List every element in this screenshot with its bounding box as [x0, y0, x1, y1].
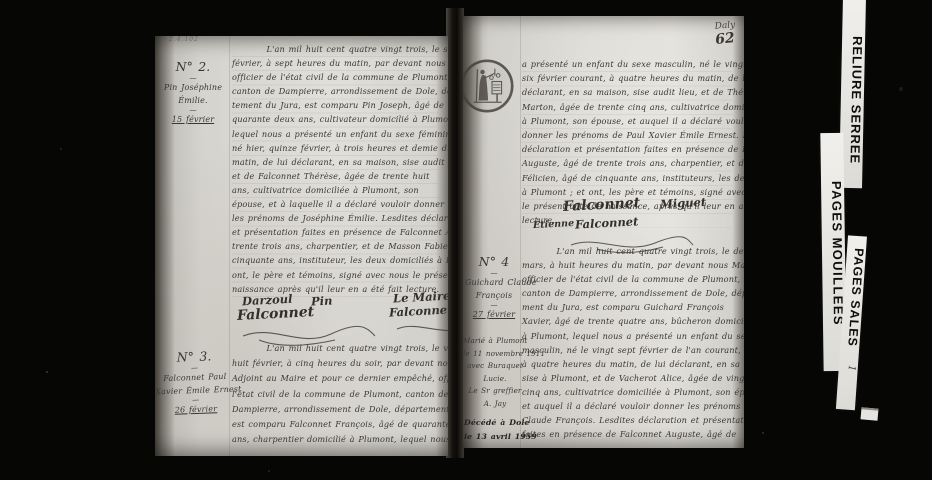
handwritten-line: Le Sr greffier	[463, 385, 527, 398]
handwritten-line: a présenté un enfant du sexe masculin, n…	[522, 58, 732, 72]
margin-note-act3: N° 3.—Falconnet PaulXavier Émile Ernest—…	[155, 347, 236, 418]
handwritten-line: Marton, âgée de trente cinq ans, cultiva…	[522, 101, 732, 115]
handwritten-line: avec Buraquet	[463, 360, 527, 373]
folio-corner-note: Daly 62	[695, 21, 744, 47]
book-gutter	[446, 8, 464, 458]
handwritten-line: épouse, et à laquelle il a déclaré voulo…	[232, 198, 438, 212]
handwritten-line: lequel nous a présenté un enfant du sexe…	[232, 128, 438, 142]
handwritten-line: est comparu Falconnet François, âgé de q…	[232, 418, 438, 433]
register-scan: 2.4.102 N° 2.—Pin JoséphineÉmilie.—15 fé…	[0, 0, 932, 480]
signature-falconnet-2: Falconnet	[575, 214, 639, 231]
strip-end-tab	[861, 407, 879, 420]
handwritten-line: les prénoms de Joséphine Émilie. Lesdite…	[232, 212, 438, 226]
handwritten-line: —	[157, 107, 229, 114]
signature-pin: Pin	[311, 293, 333, 308]
handwritten-line: Marié à Plumont	[463, 335, 527, 348]
handwritten-line: Félicien, âgé de cinquante ans, institut…	[522, 172, 732, 186]
handwritten-line: Décédé à Dole	[464, 416, 528, 430]
handwritten-line: le 13 avril 1959	[464, 430, 528, 444]
handwritten-line: canton de Dampierre, arrondissement de D…	[232, 85, 438, 99]
handwritten-line: Dampierre, arrondissement de Dole, dépar…	[232, 403, 438, 418]
handwritten-line: L'an mil huit cent quatre vingt trois, l…	[522, 245, 732, 259]
right-page: Daly 62 a présenté un enfant du sexe mas…	[463, 16, 744, 448]
handwritten-line: A. Jay	[463, 398, 527, 411]
margin-note-act2: N° 2.—Pin JoséphineÉmilie.—15 février	[157, 58, 229, 127]
handwritten-line: quarante deux ans, cultivateur domicilié…	[232, 113, 438, 127]
margin-note-marriage-mention: Marié à Plumontle 11 novembre 1911avec B…	[463, 335, 527, 411]
handwritten-line: huit février, à cinq heures du soir, par…	[232, 357, 438, 372]
handwritten-line: cinq ans, cultivatrice domiciliée à Plum…	[522, 386, 732, 400]
handwritten-line: ment du Jura, est comparu Guichard Franç…	[522, 301, 732, 315]
handwritten-line: déclarant, en sa maison, sise audit lieu…	[522, 86, 732, 100]
handwritten-line: 27 février	[465, 309, 523, 322]
act4-birth-record-text: L'an mil huit cent quatre vingt trois, l…	[522, 245, 732, 442]
dust-specks	[46, 371, 48, 373]
handwritten-line: à Plumont, lequel nous a présenté un enf…	[522, 330, 732, 344]
handwritten-line: 26 février	[156, 403, 236, 418]
handwritten-line: Lucie.	[463, 373, 527, 386]
act2-birth-record-text: L'an mil huit cent quatre vingt trois, l…	[232, 43, 438, 297]
handwritten-line: sise à Plumont, et de Vacherot Alice, âg…	[522, 372, 732, 386]
handwritten-line: officier de l'état civil de la commune d…	[232, 71, 438, 85]
pencil-scribble: 2.4.102	[169, 36, 199, 43]
signature-miguet: Miguet	[660, 195, 707, 211]
handwritten-line: L'an mil huit cent quatre vingt trois, l…	[232, 43, 438, 57]
handwritten-line: six février courant, à quatre heures du …	[522, 72, 732, 86]
handwritten-line: matin, de lui déclarant, en sa maison, s…	[232, 156, 438, 170]
pencil-marks: 1	[845, 365, 857, 376]
margin-note-death-mention: Décédé à Dolele 13 avril 1959	[464, 416, 528, 443]
handwritten-line: et auquel il a déclaré vouloir donner le…	[522, 400, 732, 414]
handwritten-line: masculin, né le vingt sept février de l'…	[522, 344, 732, 358]
handwritten-line: né hier, quinze février, à trois heures …	[232, 142, 438, 156]
handwritten-line: faites en présence de Falconnet Auguste,…	[522, 428, 732, 442]
handwritten-line: Guichard Claude	[465, 277, 523, 290]
handwritten-line: Auguste, âgé de trente trois ans, charpe…	[522, 157, 732, 171]
handwritten-line: Xavier, âgé de trente quatre ans, bûcher…	[522, 315, 732, 329]
handwritten-line: ans, cultivatrice domiciliée à Plumont, …	[232, 184, 438, 198]
signature-flourish	[393, 320, 448, 338]
handwritten-line: février, à sept heures du matin, par dev…	[232, 57, 438, 71]
handwritten-line: à quatre heures du matin, de lui déclara…	[522, 358, 732, 372]
handwritten-line: trente trois ans, charpentier, et de Mas…	[232, 240, 438, 254]
handwritten-line: —	[465, 302, 523, 309]
signature-etienne: Étienne	[533, 218, 575, 231]
handwritten-line: cinquante ans, instituteur, les deux dom…	[232, 254, 438, 268]
handwritten-line: à Plumont, son épouse, et auquel il a dé…	[522, 115, 732, 129]
handwritten-line: 15 février	[157, 114, 229, 127]
signature-falconnet-large: Falconnet	[237, 304, 315, 324]
handwritten-line: Claude François. Lesdites déclaration et…	[522, 414, 732, 428]
left-page: 2.4.102 N° 2.—Pin JoséphineÉmilie.—15 fé…	[155, 36, 448, 456]
handwritten-line: et de Falconnet Thérèse, âgée de trente …	[232, 170, 438, 184]
handwritten-line: Pin Joséphine	[157, 82, 229, 95]
handwritten-line: et présentation faites en présence de Fa…	[232, 226, 438, 240]
handwritten-line: canton de Dampierre, arrondissement de D…	[522, 287, 732, 301]
handwritten-line: N° 2.	[157, 58, 229, 75]
handwritten-line: ans, charpentier domicilié à Plumont, le…	[232, 433, 438, 448]
handwritten-line: l'état civil de la commune de Plumont, c…	[232, 388, 438, 403]
handwritten-line: tement du Jura, est comparu Pin Joseph, …	[232, 99, 438, 113]
handwritten-line: L'an mil huit cent quatre vingt trois, l…	[232, 342, 438, 357]
margin-note-act4: N° 4—Guichard ClaudeFrançois—27 février	[465, 253, 523, 322]
handwritten-line: officier de l'état civil de la commune d…	[522, 273, 732, 287]
handwritten-line: déclaration et présentation faites en pr…	[522, 143, 732, 157]
handwritten-line: donner les prénoms de Paul Xavier Émile …	[522, 129, 732, 143]
act3-birth-record-text: L'an mil huit cent quatre vingt trois, l…	[232, 342, 438, 448]
handwritten-line: —	[465, 270, 523, 277]
handwritten-line: ont, le père et témoins, signé avec nous…	[232, 269, 438, 283]
strip-pages-sales-label: PAGES SALES	[845, 248, 866, 348]
justice-figure-stamp-icon	[463, 58, 515, 114]
handwritten-line: mars, à huit heures du matin, par devant…	[522, 259, 732, 273]
handwritten-line: —	[157, 75, 229, 82]
handwritten-line: le 11 novembre 1911	[463, 348, 527, 361]
handwritten-line: N° 4	[465, 253, 523, 270]
handwritten-line: Adjoint au Maire et pour ce dernier empê…	[232, 372, 438, 387]
